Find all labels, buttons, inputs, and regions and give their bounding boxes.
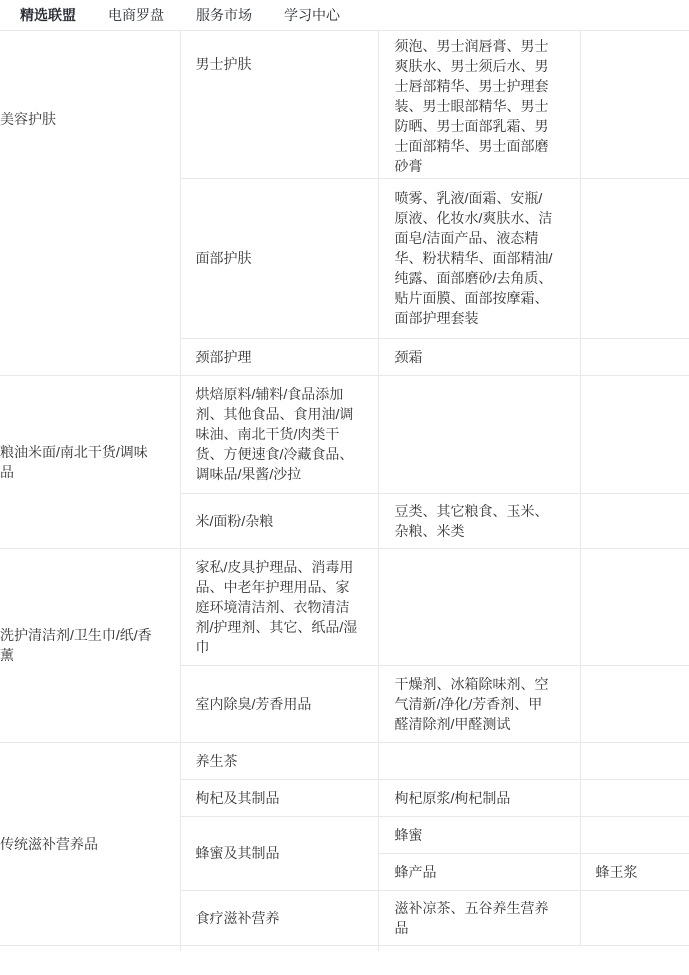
level3-cell-grains-list: 豆类、其它粮食、玉米、杂粮、米类	[378, 493, 580, 548]
level2-cell-honey-products: 蜂蜜及其制品	[180, 816, 378, 890]
level4-cell-empty	[580, 779, 689, 816]
category-table: 美容护肤 男士护肤 须泡、男士润唇膏、男士爽肤水、男士须后水、男士唇部精华、男士…	[0, 31, 689, 946]
level3-cell-honey: 蜂蜜	[378, 816, 580, 853]
level2-cell-mens-skincare: 男士护肤	[180, 31, 378, 178]
level4-cell-empty	[580, 665, 689, 742]
top-navigation: 精选联盟 电商罗盘 服务市场 学习中心	[0, 0, 689, 31]
level4-cell-empty	[580, 375, 689, 493]
level3-cell-neck-cream: 颈霜	[378, 338, 580, 375]
category-table-container: 美容护肤 男士护肤 须泡、男士润唇膏、男士爽肤水、男士须后水、男士唇部精华、男士…	[0, 31, 689, 946]
level1-cell-beauty-skincare: 美容护肤	[0, 31, 180, 375]
level3-cell-goji-list: 枸杞原浆/枸杞制品	[378, 779, 580, 816]
level3-cell-empty	[378, 548, 580, 665]
table-row: 洗护清洁剂/卫生巾/纸/香薰 家私/皮具护理品、消毒用品、中老年护理用品、家庭环…	[0, 548, 689, 665]
level1-cell-grain-oil: 粮油米面/南北干货/调味品	[0, 375, 180, 548]
level4-cell-empty	[580, 890, 689, 945]
level4-cell-empty	[580, 548, 689, 665]
level3-cell-deodorizer-list: 干燥剂、冰箱除味剂、空气清新/净化/芳香剂、甲醛清除剂/甲醛测试	[378, 665, 580, 742]
level4-cell-empty	[580, 493, 689, 548]
nav-item-learning-center[interactable]: 学习中心	[284, 5, 340, 25]
level1-cell-cleaning-products: 洗护清洁剂/卫生巾/纸/香薰	[0, 548, 180, 742]
level3-cell-empty	[378, 375, 580, 493]
nav-item-affiliate-union[interactable]: 精选联盟	[20, 5, 76, 25]
column-border-stub	[378, 945, 379, 951]
level4-cell-royal-jelly: 蜂王浆	[580, 853, 689, 890]
level2-cell-goji-products: 枸杞及其制品	[180, 779, 378, 816]
level2-cell-facial-skincare: 面部护肤	[180, 178, 378, 338]
nav-item-service-market[interactable]: 服务市场	[196, 5, 252, 25]
level2-cell-dietary-therapy: 食疗滋补营养	[180, 890, 378, 945]
level2-cell-household-cleaning: 家私/皮具护理品、消毒用品、中老年护理用品、家庭环境清洁剂、衣物清洁剂/护理剂、…	[180, 548, 378, 665]
app-window: 精选联盟 电商罗盘 服务市场 学习中心 美容护肤 男士护肤 须泡、男士润唇膏、男…	[0, 0, 689, 975]
table-row: 美容护肤 男士护肤 须泡、男士润唇膏、男士爽肤水、男士须后水、男士唇部精华、男士…	[0, 31, 689, 178]
nav-item-ecommerce-compass[interactable]: 电商罗盘	[108, 5, 164, 25]
level4-cell-empty	[580, 742, 689, 779]
level4-cell-empty	[580, 178, 689, 338]
level4-cell-empty	[580, 816, 689, 853]
level2-cell-baking-ingredients: 烘焙原料/辅料/食品添加剂、其他食品、食用油/调味油、南北干货/肉类干货、方便速…	[180, 375, 378, 493]
level3-cell-empty	[378, 742, 580, 779]
level2-cell-rice-flour-grains: 米/面粉/杂粮	[180, 493, 378, 548]
level4-cell-empty	[580, 31, 689, 178]
table-row: 粮油米面/南北干货/调味品 烘焙原料/辅料/食品添加剂、其他食品、食用油/调味油…	[0, 375, 689, 493]
column-border-stub	[180, 945, 181, 951]
level2-cell-health-tea: 养生茶	[180, 742, 378, 779]
level3-cell-facial-skincare-list: 喷雾、乳液/面霜、安瓶/原液、化妆水/爽肤水、洁面皂/洁面产品、液态精华、粉状精…	[378, 178, 580, 338]
level3-cell-bee-products: 蜂产品	[378, 853, 580, 890]
level3-cell-dietary-therapy-list: 滋补凉茶、五谷养生营养品	[378, 890, 580, 945]
level2-cell-neck-care: 颈部护理	[180, 338, 378, 375]
level3-cell-mens-skincare-list: 须泡、男士润唇膏、男士爽肤水、男士须后水、男士唇部精华、男士护理套装、男士眼部精…	[378, 31, 580, 178]
level4-cell-empty	[580, 338, 689, 375]
level1-cell-traditional-nutrition: 传统滋补营养品	[0, 742, 180, 945]
level2-cell-indoor-deodorizer: 室内除臭/芳香用品	[180, 665, 378, 742]
table-row: 传统滋补营养品 养生茶	[0, 742, 689, 779]
